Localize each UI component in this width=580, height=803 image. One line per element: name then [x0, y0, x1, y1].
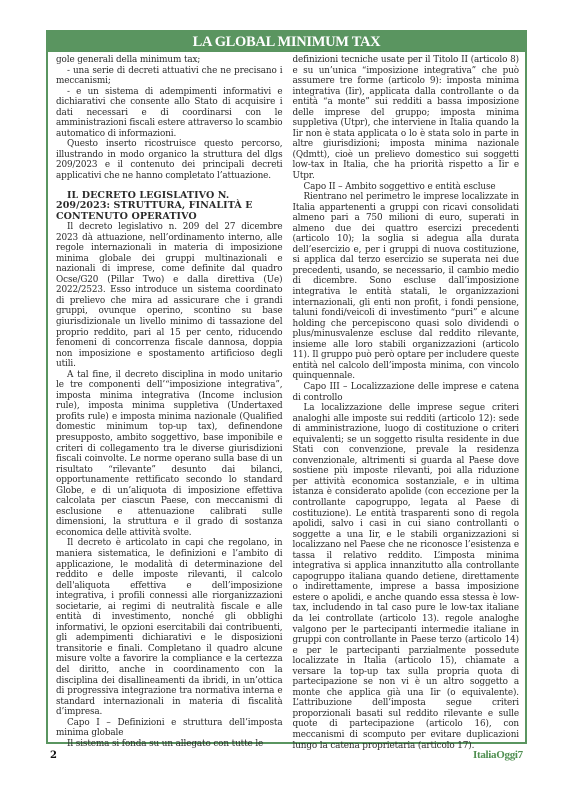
intro-fragment: gole generali della minimum tax; — [56, 55, 283, 66]
paragraph: La localizzazione delle imprese segue cr… — [293, 403, 520, 751]
capo-2-heading: Capo II – Ambito soggettivo e entità esc… — [293, 182, 520, 193]
paragraph: definizioni tecniche usate per il Titolo… — [293, 55, 520, 182]
banner-title: LA GLOBAL MINIMUM TAX — [193, 34, 381, 50]
bullet-decreti: - una serie di decreti attuativi che ne … — [56, 66, 283, 87]
capo-3-heading: Capo III – Localizzazione delle imprese … — [293, 382, 520, 403]
paragraph: Il decreto legislativo n. 209 del 27 dic… — [56, 222, 283, 370]
right-column: definizioni tecniche usate per il Titolo… — [293, 55, 520, 740]
publication-logo: ItaliaOggi7 — [473, 749, 523, 761]
section-heading: IL DECRETO LEGISLATIVO N. 209/2023: STRU… — [56, 191, 283, 223]
bullet-adempimenti: - e un sistema di adempimenti informativ… — [56, 87, 283, 140]
capo-1-heading: Capo I – Definizioni e struttura dell’im… — [56, 718, 283, 739]
section-banner: LA GLOBAL MINIMUM TAX — [48, 32, 525, 52]
left-column: gole generali della minimum tax; - una s… — [56, 55, 283, 740]
paragraph-insert: Questo inserto ricostruisce questo perco… — [56, 139, 283, 181]
paragraph: Rientrano nel perimetro le imprese local… — [293, 192, 520, 382]
page-number: 2 — [50, 750, 57, 761]
paragraph: Il sistema si fonda su un allegato con t… — [56, 739, 283, 750]
paragraph: A tal fine, il decreto disciplina in mod… — [56, 370, 283, 539]
article-body: gole generali della minimum tax; - una s… — [56, 55, 519, 740]
article-frame: LA GLOBAL MINIMUM TAX gole generali dell… — [46, 30, 527, 744]
paragraph: Il decreto è articolato in capi che rego… — [56, 538, 283, 717]
